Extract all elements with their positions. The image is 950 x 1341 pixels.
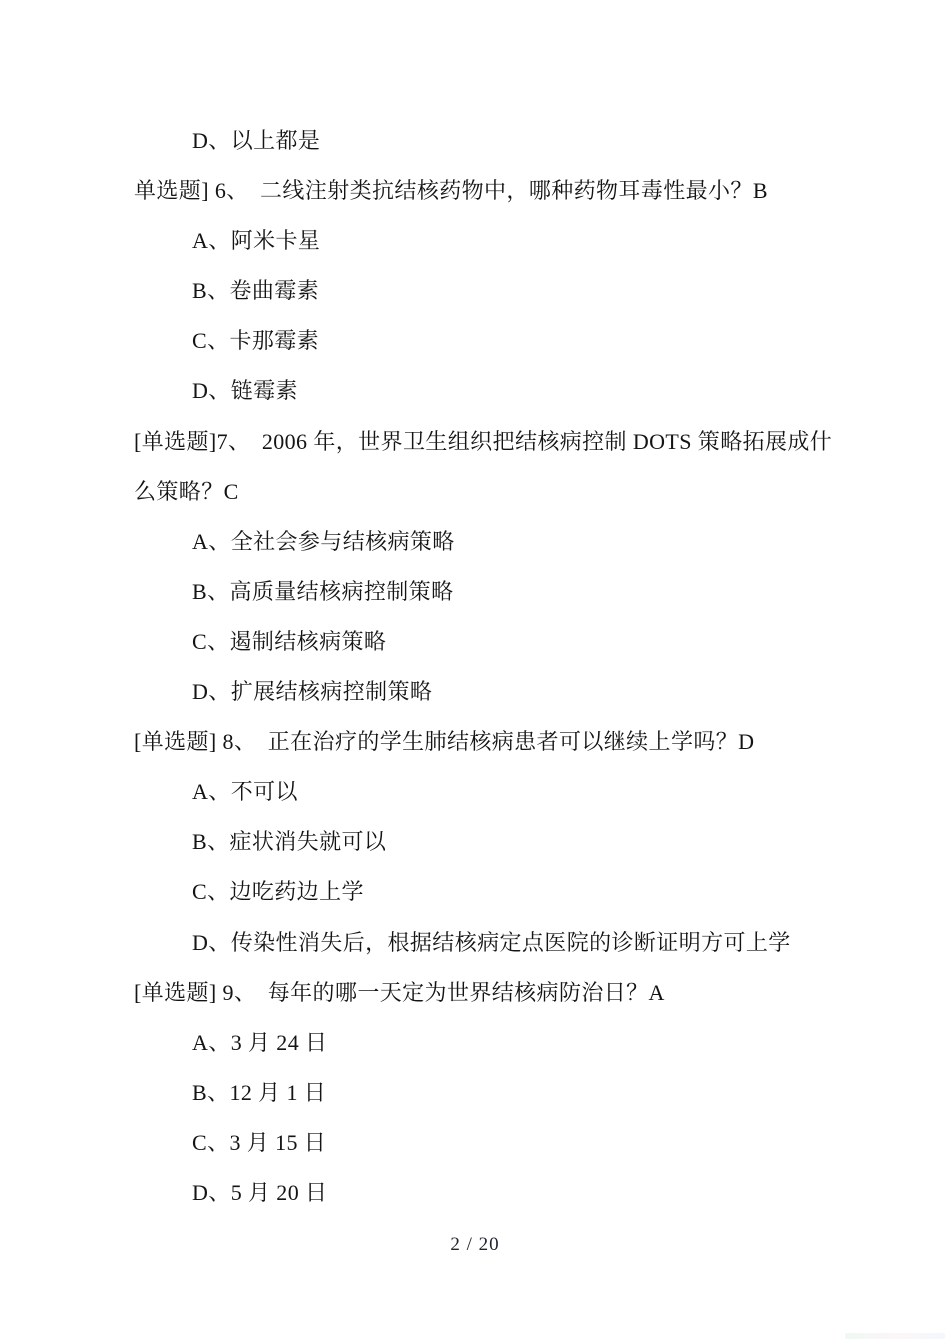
question-8: [单选题] 8、 正在治疗的学生肺结核病患者可以继续上学吗？D bbox=[0, 717, 950, 767]
document-page: D、以上都是 单选题] 6、 二线注射类抗结核药物中，哪种药物耳毒性最小？B A… bbox=[0, 0, 950, 1341]
q6-option-d: D、链霉素 bbox=[0, 366, 950, 416]
q9-option-d: D、5 月 20 日 bbox=[0, 1168, 950, 1218]
question-6: 单选题] 6、 二线注射类抗结核药物中，哪种药物耳毒性最小？B bbox=[0, 166, 950, 216]
watermark bbox=[845, 1333, 945, 1339]
q7-option-b: B、高质量结核病控制策略 bbox=[0, 567, 950, 617]
q7-option-d: D、扩展结核病控制策略 bbox=[0, 667, 950, 717]
q7-option-a: A、全社会参与结核病策略 bbox=[0, 517, 950, 567]
q6-option-b: B、卷曲霉素 bbox=[0, 266, 950, 316]
q9-option-a: A、3 月 24 日 bbox=[0, 1018, 950, 1068]
question-7-line-2: 么策略？C bbox=[0, 467, 950, 517]
q8-option-c: C、边吃药边上学 bbox=[0, 867, 950, 917]
document-body: D、以上都是 单选题] 6、 二线注射类抗结核药物中，哪种药物耳毒性最小？B A… bbox=[0, 116, 950, 1218]
question-7-line-1: [单选题]7、 2006 年，世界卫生组织把结核病控制 DOTS 策略拓展成什 bbox=[0, 417, 950, 467]
q8-option-a: A、不可以 bbox=[0, 767, 950, 817]
q9-option-c: C、3 月 15 日 bbox=[0, 1118, 950, 1168]
q9-option-b: B、12 月 1 日 bbox=[0, 1068, 950, 1118]
question-9: [单选题] 9、 每年的哪一天定为世界结核病防治日？A bbox=[0, 968, 950, 1018]
q8-option-d: D、传染性消失后，根据结核病定点医院的诊断证明方可上学 bbox=[0, 918, 950, 968]
q6-option-c: C、卡那霉素 bbox=[0, 316, 950, 366]
prev-question-option-d: D、以上都是 bbox=[0, 116, 950, 166]
q7-option-c: C、遏制结核病策略 bbox=[0, 617, 950, 667]
q6-option-a: A、阿米卡星 bbox=[0, 216, 950, 266]
page-number: 2 / 20 bbox=[0, 1234, 950, 1256]
q8-option-b: B、症状消失就可以 bbox=[0, 817, 950, 867]
